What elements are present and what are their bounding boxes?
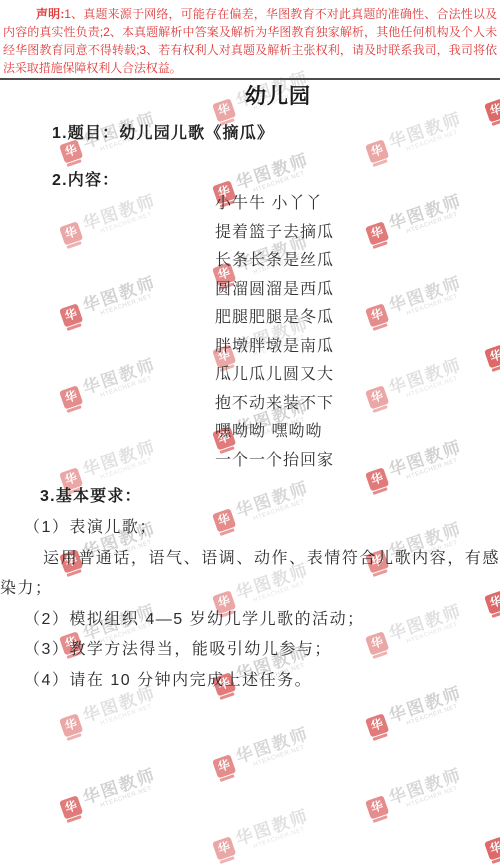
huatu-logo-icon: 华	[59, 795, 83, 819]
requirements-list: （1）表演儿歌； 运用普通话，语气、语调、动作、表情符合儿歌内容，有感染力； （…	[0, 513, 500, 696]
watermark-brand-url: HTEACHER.NET	[406, 701, 467, 727]
huatu-logo-icon: 华	[212, 836, 236, 860]
huatu-watermark: 华华图教师HTEACHER.NET	[364, 766, 466, 821]
rhyme-line: 提着篮子去摘瓜	[215, 219, 500, 248]
document-page: { "disclaimer": { "label": "声明:", "text"…	[0, 0, 500, 868]
requirement-item: （3）教学方法得当，能吸引幼儿参与；	[0, 635, 500, 666]
exam-document: 声明:1、真题来源于网络，可能存在偏差，华图教育不对此真题的准确性、合法性以及内…	[0, 0, 500, 696]
topic-text: 幼儿园儿歌《摘瓜》	[119, 125, 274, 142]
rhyme-line: 瓜儿瓜儿圆又大	[215, 361, 500, 390]
disclaimer: 声明:1、真题来源于网络，可能存在偏差，华图教育不对此真题的准确性、合法性以及内…	[0, 0, 500, 78]
topic-label: 1.题目：	[52, 125, 119, 142]
watermark-brand-text: 华图教师	[387, 766, 464, 807]
rhyme-line: 肥腿肥腿是冬瓜	[215, 304, 500, 333]
disclaimer-text: 1、真题来源于网络，可能存在偏差，华图教育不对此真题的准确性、合法性以及内容的真…	[3, 7, 497, 75]
requirement-detail: 运用普通话，语气、语调、动作、表情符合儿歌内容，有感染力；	[0, 544, 500, 605]
huatu-watermark: 华华图教师HTEACHER.NET	[483, 807, 500, 862]
requirement-item: （1）表演儿歌；	[0, 513, 500, 544]
huatu-logo-icon: 华	[59, 713, 83, 737]
watermark-brand-text: 华图教师	[234, 725, 311, 766]
huatu-logo-icon: 华	[484, 836, 500, 860]
huatu-watermark: 华华图教师HTEACHER.NET	[58, 766, 160, 821]
rhyme-line: 嘿呦呦 嘿呦呦	[215, 418, 500, 447]
page-title: 幼儿园	[28, 84, 500, 110]
huatu-logo-icon: 华	[365, 713, 389, 737]
watermark-brand: 华图教师HTEACHER.NET	[234, 725, 314, 772]
rhyme-verse: 小牛牛 小丫丫 提着篮子去摘瓜 长条长条是丝瓜 圆溜圆溜是西瓜 肥腿肥腿是冬瓜 …	[215, 190, 500, 475]
requirements-heading: 3.基本要求：	[0, 486, 500, 507]
watermark-brand-url: HTEACHER.NET	[253, 824, 314, 850]
topic-heading: 1.题目：幼儿园儿歌《摘瓜》	[0, 123, 500, 144]
watermark-brand-url: HTEACHER.NET	[100, 783, 161, 809]
huatu-watermark: 华华图教师HTEACHER.NET	[211, 725, 313, 780]
rhyme-line: 圆溜圆溜是西瓜	[215, 276, 500, 305]
watermark-brand-url: HTEACHER.NET	[406, 783, 467, 809]
rhyme-line: 长条长条是丝瓜	[215, 247, 500, 276]
watermark-brand-url: HTEACHER.NET	[253, 742, 314, 768]
watermark-brand: 华图教师HTEACHER.NET	[234, 807, 314, 854]
rhyme-line: 小牛牛 小丫丫	[215, 190, 500, 219]
watermark-brand-text: 华图教师	[81, 766, 158, 807]
watermark-brand-text: 华图教师	[234, 807, 311, 848]
rhyme-line: 抱不动来装不下	[215, 390, 500, 419]
requirement-item: （4）请在 10 分钟内完成上述任务。	[0, 666, 500, 697]
watermark-brand: 华图教师HTEACHER.NET	[81, 766, 161, 813]
huatu-logo-icon: 华	[365, 795, 389, 819]
rhyme-line: 胖墩胖墩是南瓜	[215, 333, 500, 362]
huatu-watermark: 华华图教师HTEACHER.NET	[211, 807, 313, 862]
rhyme-line: 一个一个抬回家	[215, 447, 500, 476]
requirement-item: （2）模拟组织 4—5 岁幼儿学儿歌的活动；	[0, 605, 500, 636]
divider	[0, 78, 500, 80]
content-heading: 2.内容：	[0, 171, 500, 190]
huatu-logo-icon: 华	[212, 754, 236, 778]
watermark-brand: 华图教师HTEACHER.NET	[387, 766, 467, 813]
disclaimer-label: 声明:	[36, 7, 64, 21]
watermark-brand-url: HTEACHER.NET	[100, 701, 161, 727]
